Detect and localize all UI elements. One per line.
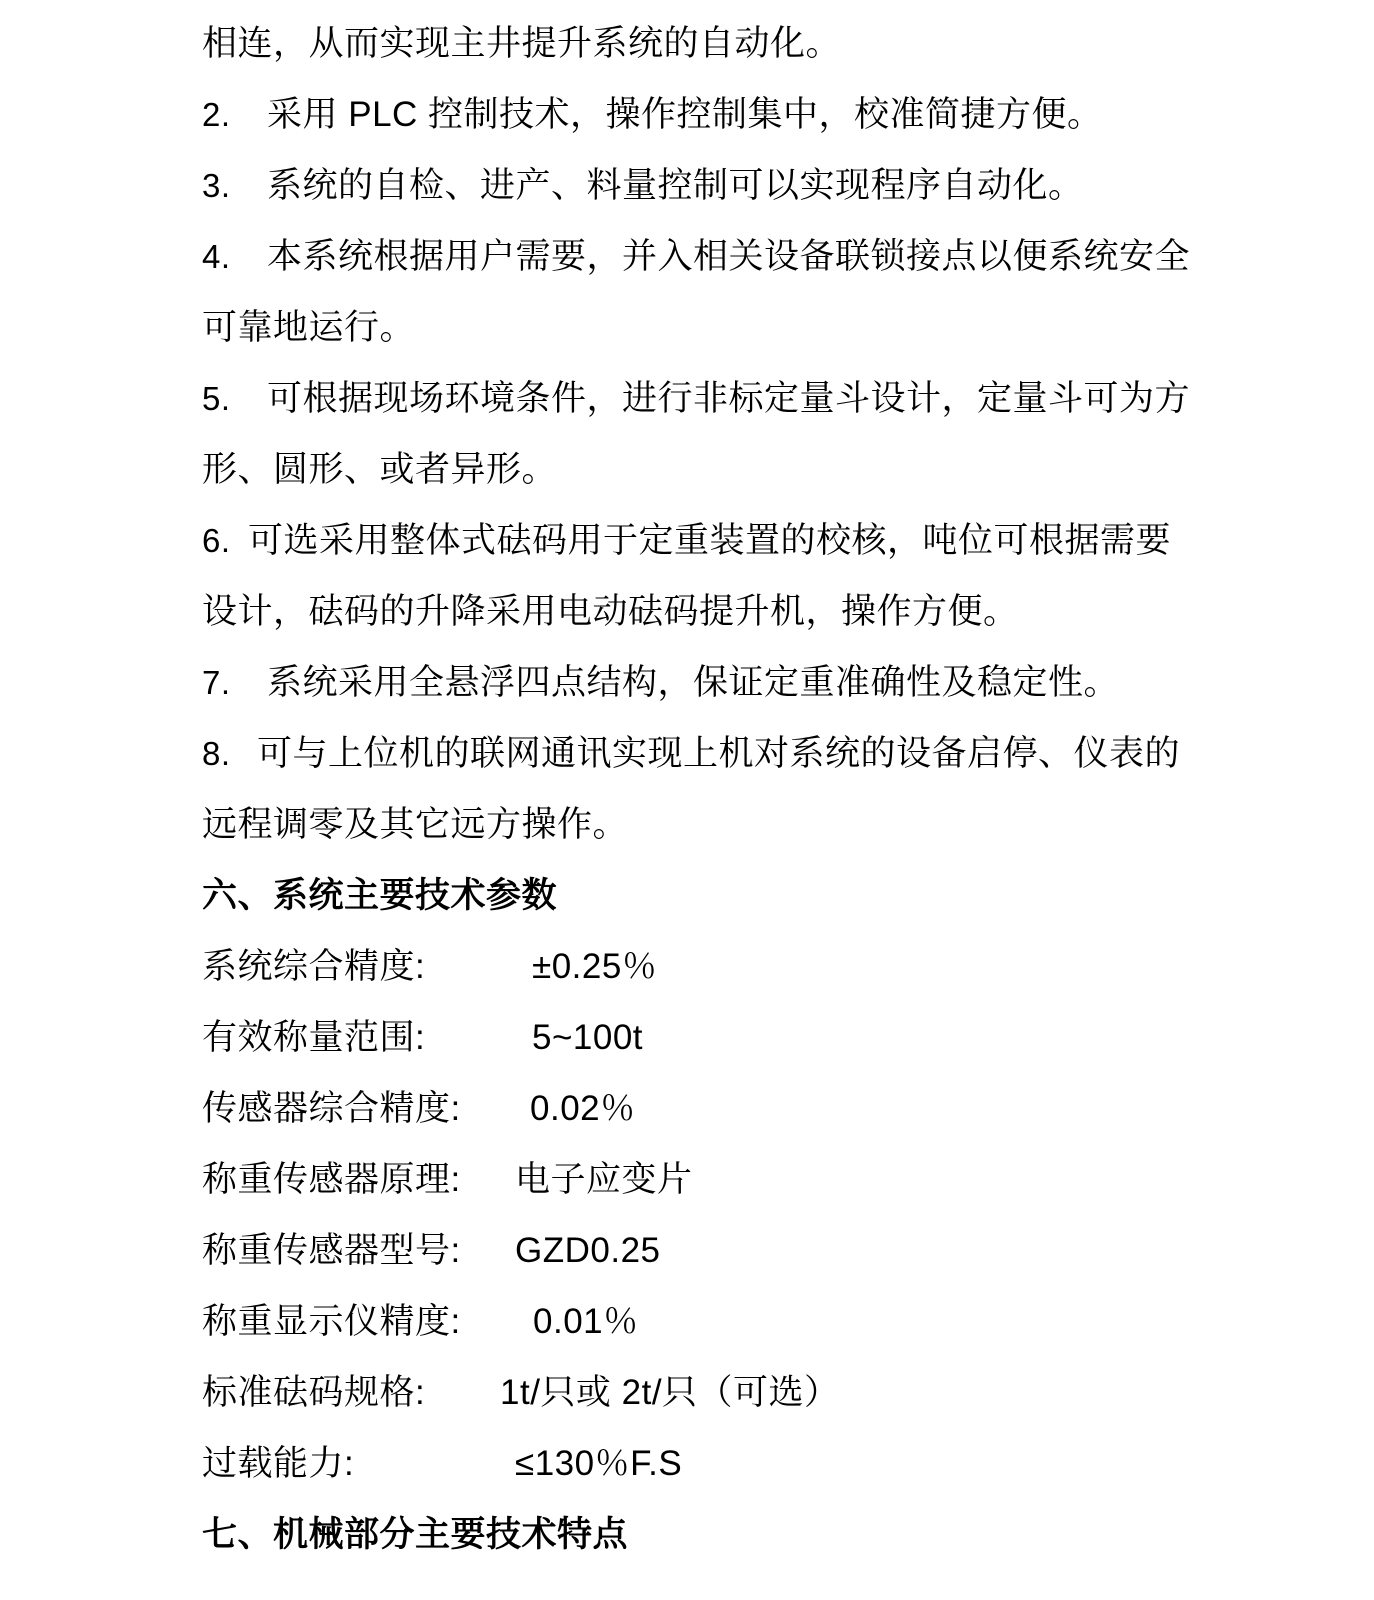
list-item-6: 6.可选采用整体式砝码用于定重装置的校核，吨位可根据需要: [202, 505, 1167, 576]
list-item-7-number: 7.: [202, 647, 267, 718]
param-label: 称重传感器型号:: [202, 1231, 461, 1270]
param-value: 5~100t: [532, 1002, 643, 1073]
list-item-4-text-line2: 可靠地运行。: [202, 292, 1167, 363]
param-row-sensor-principle: 称重传感器原理:电子应变片: [202, 1144, 1167, 1215]
list-item-8: 8.可与上位机的联网通讯实现上机对系统的设备启停、仪表的: [202, 718, 1167, 789]
list-item-4-text-line1: 本系统根据用户需要，并入相关设备联锁接点以便系统安全: [267, 237, 1190, 276]
param-row-sensor-model: 称重传感器型号:GZD0.25: [202, 1215, 1167, 1286]
section-heading-6: 六、系统主要技术参数: [202, 860, 1167, 931]
paragraph-continuation: 相连，从而实现主井提升系统的自动化。: [202, 8, 1167, 79]
param-value: 0.02％: [530, 1073, 636, 1144]
param-row-overload-capacity: 过载能力:≤130％F.S: [202, 1428, 1167, 1499]
list-item-2-number: 2.: [202, 79, 267, 150]
list-item-5-text-line2: 形、圆形、或者异形。: [202, 434, 1167, 505]
list-item-3-text: 系统的自检、进产、料量控制可以实现程序自动化。: [267, 166, 1084, 205]
list-item-3-number: 3.: [202, 150, 267, 221]
section-heading-7: 七、机械部分主要技术特点: [202, 1499, 1167, 1570]
list-item-8-text-line2: 远程调零及其它远方操作。: [202, 789, 1167, 860]
list-item-2-text: 采用 PLC 控制技术，操作控制集中，校准简捷方便。: [267, 95, 1103, 134]
param-value: ±0.25％: [532, 931, 657, 1002]
list-item-7: 7.系统采用全悬浮四点结构，保证定重准确性及稳定性。: [202, 647, 1167, 718]
param-row-weighing-range: 有效称量范围:5~100t: [202, 1002, 1167, 1073]
document-content: 相连，从而实现主井提升系统的自动化。 2.采用 PLC 控制技术，操作控制集中，…: [202, 8, 1167, 1570]
param-label: 传感器综合精度:: [202, 1089, 461, 1128]
list-item-4-number: 4.: [202, 221, 267, 292]
param-row-sensor-accuracy: 传感器综合精度:0.02％: [202, 1073, 1167, 1144]
param-value: GZD0.25: [515, 1215, 661, 1286]
param-value: 1t/只或 2t/只（可选）: [500, 1357, 840, 1428]
list-item-6-text-line2: 设计，砝码的升降采用电动砝码提升机，操作方便。: [202, 576, 1167, 647]
param-row-weight-spec: 标准砝码规格:1t/只或 2t/只（可选）: [202, 1357, 1167, 1428]
list-item-2: 2.采用 PLC 控制技术，操作控制集中，校准简捷方便。: [202, 79, 1167, 150]
param-label: 标准砝码规格:: [202, 1373, 425, 1412]
param-label: 有效称量范围:: [202, 1018, 425, 1057]
param-row-indicator-accuracy: 称重显示仪精度:0.01％: [202, 1286, 1167, 1357]
list-item-3: 3.系统的自检、进产、料量控制可以实现程序自动化。: [202, 150, 1167, 221]
list-item-5-text-line1: 可根据现场环境条件，进行非标定量斗设计，定量斗可为方: [267, 379, 1190, 418]
param-label: 称重传感器原理:: [202, 1160, 461, 1199]
param-value: 0.01％: [533, 1286, 639, 1357]
param-row-system-accuracy: 系统综合精度:±0.25％: [202, 931, 1167, 1002]
list-item-6-number: 6.: [202, 505, 248, 576]
param-label: 系统综合精度:: [202, 947, 425, 986]
param-value: 电子应变片: [515, 1144, 693, 1215]
list-item-4: 4.本系统根据用户需要，并入相关设备联锁接点以便系统安全: [202, 221, 1167, 292]
list-item-8-number: 8.: [202, 718, 257, 789]
document-page: 相连，从而实现主井提升系统的自动化。 2.采用 PLC 控制技术，操作控制集中，…: [0, 0, 1374, 1600]
param-value: ≤130％F.S: [515, 1428, 682, 1499]
list-item-5: 5.可根据现场环境条件，进行非标定量斗设计，定量斗可为方: [202, 363, 1167, 434]
list-item-6-text-line1: 可选采用整体式砝码用于定重装置的校核，吨位可根据需要: [248, 521, 1171, 560]
param-label: 称重显示仪精度:: [202, 1302, 461, 1341]
list-item-5-number: 5.: [202, 363, 267, 434]
param-label: 过载能力:: [202, 1444, 354, 1483]
list-item-7-text: 系统采用全悬浮四点结构，保证定重准确性及稳定性。: [267, 663, 1119, 702]
list-item-8-text-line1: 可与上位机的联网通讯实现上机对系统的设备启停、仪表的: [257, 734, 1180, 773]
